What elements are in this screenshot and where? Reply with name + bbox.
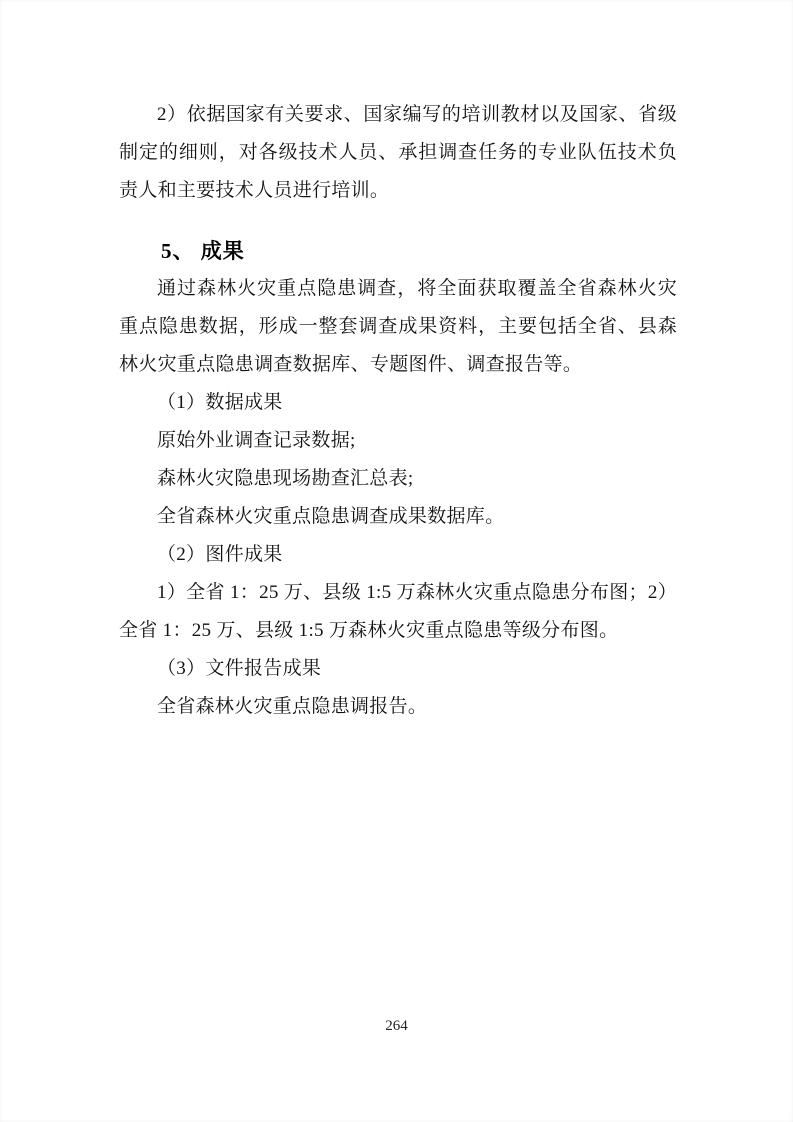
- document-page: 2）依据国家有关要求、国家编写的培训教材以及国家、省级制定的细则，对各级技术人员…: [0, 0, 793, 1122]
- body-paragraph: 通过森林火灾重点隐患调查，将全面获取覆盖全省森林火灾重点隐患数据，形成一整套调查…: [119, 270, 677, 384]
- body-paragraph: 1）全省 1：25 万、县级 1:5 万森林火灾重点隐患分布图；2）全省 1：2…: [119, 574, 677, 650]
- body-paragraph: （2）图件成果: [119, 536, 677, 574]
- body-paragraph: 原始外业调查记录数据;: [119, 422, 677, 460]
- body-paragraph: （3）文件报告成果: [119, 650, 677, 688]
- page-content: 2）依据国家有关要求、国家编写的培训教材以及国家、省级制定的细则，对各级技术人员…: [0, 0, 793, 726]
- section-heading: 5、 成果: [119, 232, 677, 270]
- page-number: 264: [0, 1016, 793, 1036]
- body-paragraph: （1）数据成果: [119, 384, 677, 422]
- body-paragraph: 森林火灾隐患现场勘查汇总表;: [119, 460, 677, 498]
- body-paragraph: 2）依据国家有关要求、国家编写的培训教材以及国家、省级制定的细则，对各级技术人员…: [119, 96, 677, 210]
- body-paragraph: 全省森林火灾重点隐患调报告。: [119, 688, 677, 726]
- body-paragraph: 全省森林火灾重点隐患调查成果数据库。: [119, 498, 677, 536]
